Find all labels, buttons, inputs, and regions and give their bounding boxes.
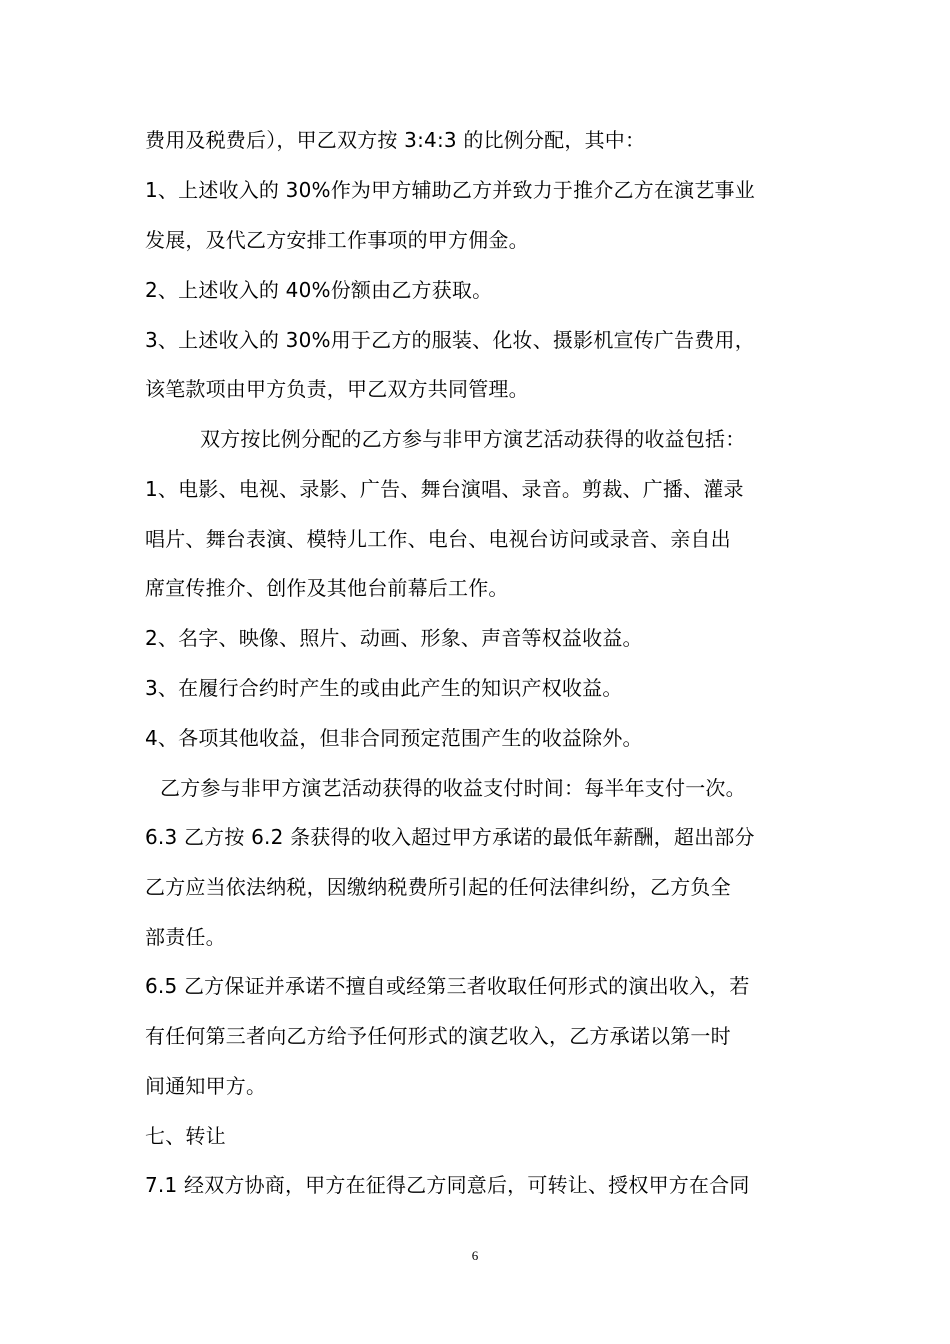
text-line: 席宣传推介、创作及其他台前幕后工作。: [145, 575, 509, 601]
text-line: 发展，及代乙方安排工作事项的甲方佣金。: [145, 227, 529, 253]
text-line: 乙方应当依法纳税，因缴纳税费所引起的任何法律纠纷，乙方负全: [145, 874, 731, 900]
text-line: 3、在履行合约时产生的或由此产生的知识产权收益。: [145, 675, 623, 701]
text-line: 2、上述收入的 40%份额由乙方获取。: [145, 277, 492, 303]
text-line: 该笔款项由甲方负责，甲乙双方共同管理。: [145, 376, 529, 402]
document-page: 费用及税费后），甲乙双方按 3:4:3 的比例分配，其中： 1、上述收入的 30…: [0, 0, 950, 1344]
text-line: 7.1 经双方协商，甲方在征得乙方同意后，可转让、授权甲方在合同: [145, 1172, 750, 1198]
section-heading: 七、转让: [145, 1123, 226, 1149]
text-line: 有任何第三者向乙方给予任何形式的演艺收入，乙方承诺以第一时: [145, 1023, 731, 1049]
text-line: 双方按比例分配的乙方参与非甲方演艺活动获得的收益包括：: [200, 426, 745, 452]
text-line: 1、上述收入的 30%作为甲方辅助乙方并致力于推介乙方在演艺事业: [145, 177, 755, 203]
text-line: 1、电影、电视、录影、广告、舞台演唱、录音。剪裁、广播、灌录: [145, 476, 744, 502]
text-line: 乙方参与非甲方演艺活动获得的收益支付时间：每半年支付一次。: [160, 775, 746, 801]
text-line: 6.5 乙方保证并承诺不擅自或经第三者收取任何形式的演出收入，若: [145, 973, 750, 999]
text-line: 费用及税费后），甲乙双方按 3:4:3 的比例分配，其中：: [145, 127, 645, 153]
text-line: 间通知甲方。: [145, 1073, 266, 1099]
text-line: 6.3 乙方按 6.2 条获得的收入超过甲方承诺的最低年薪酬，超出部分: [145, 824, 755, 850]
text-line: 唱片、舞台表演、模特儿工作、电台、电视台访问或录音、亲自出: [145, 526, 731, 552]
page-number: 6: [0, 1248, 950, 1264]
text-line: 部责任。: [145, 924, 226, 950]
text-line: 2、名字、映像、照片、动画、形象、声音等权益收益。: [145, 625, 643, 651]
text-line: 4、各项其他收益，但非合同预定范围产生的收益除外。: [145, 725, 643, 751]
text-line: 3、上述收入的 30%用于乙方的服装、化妆、摄影机宣传广告费用，: [145, 327, 755, 353]
